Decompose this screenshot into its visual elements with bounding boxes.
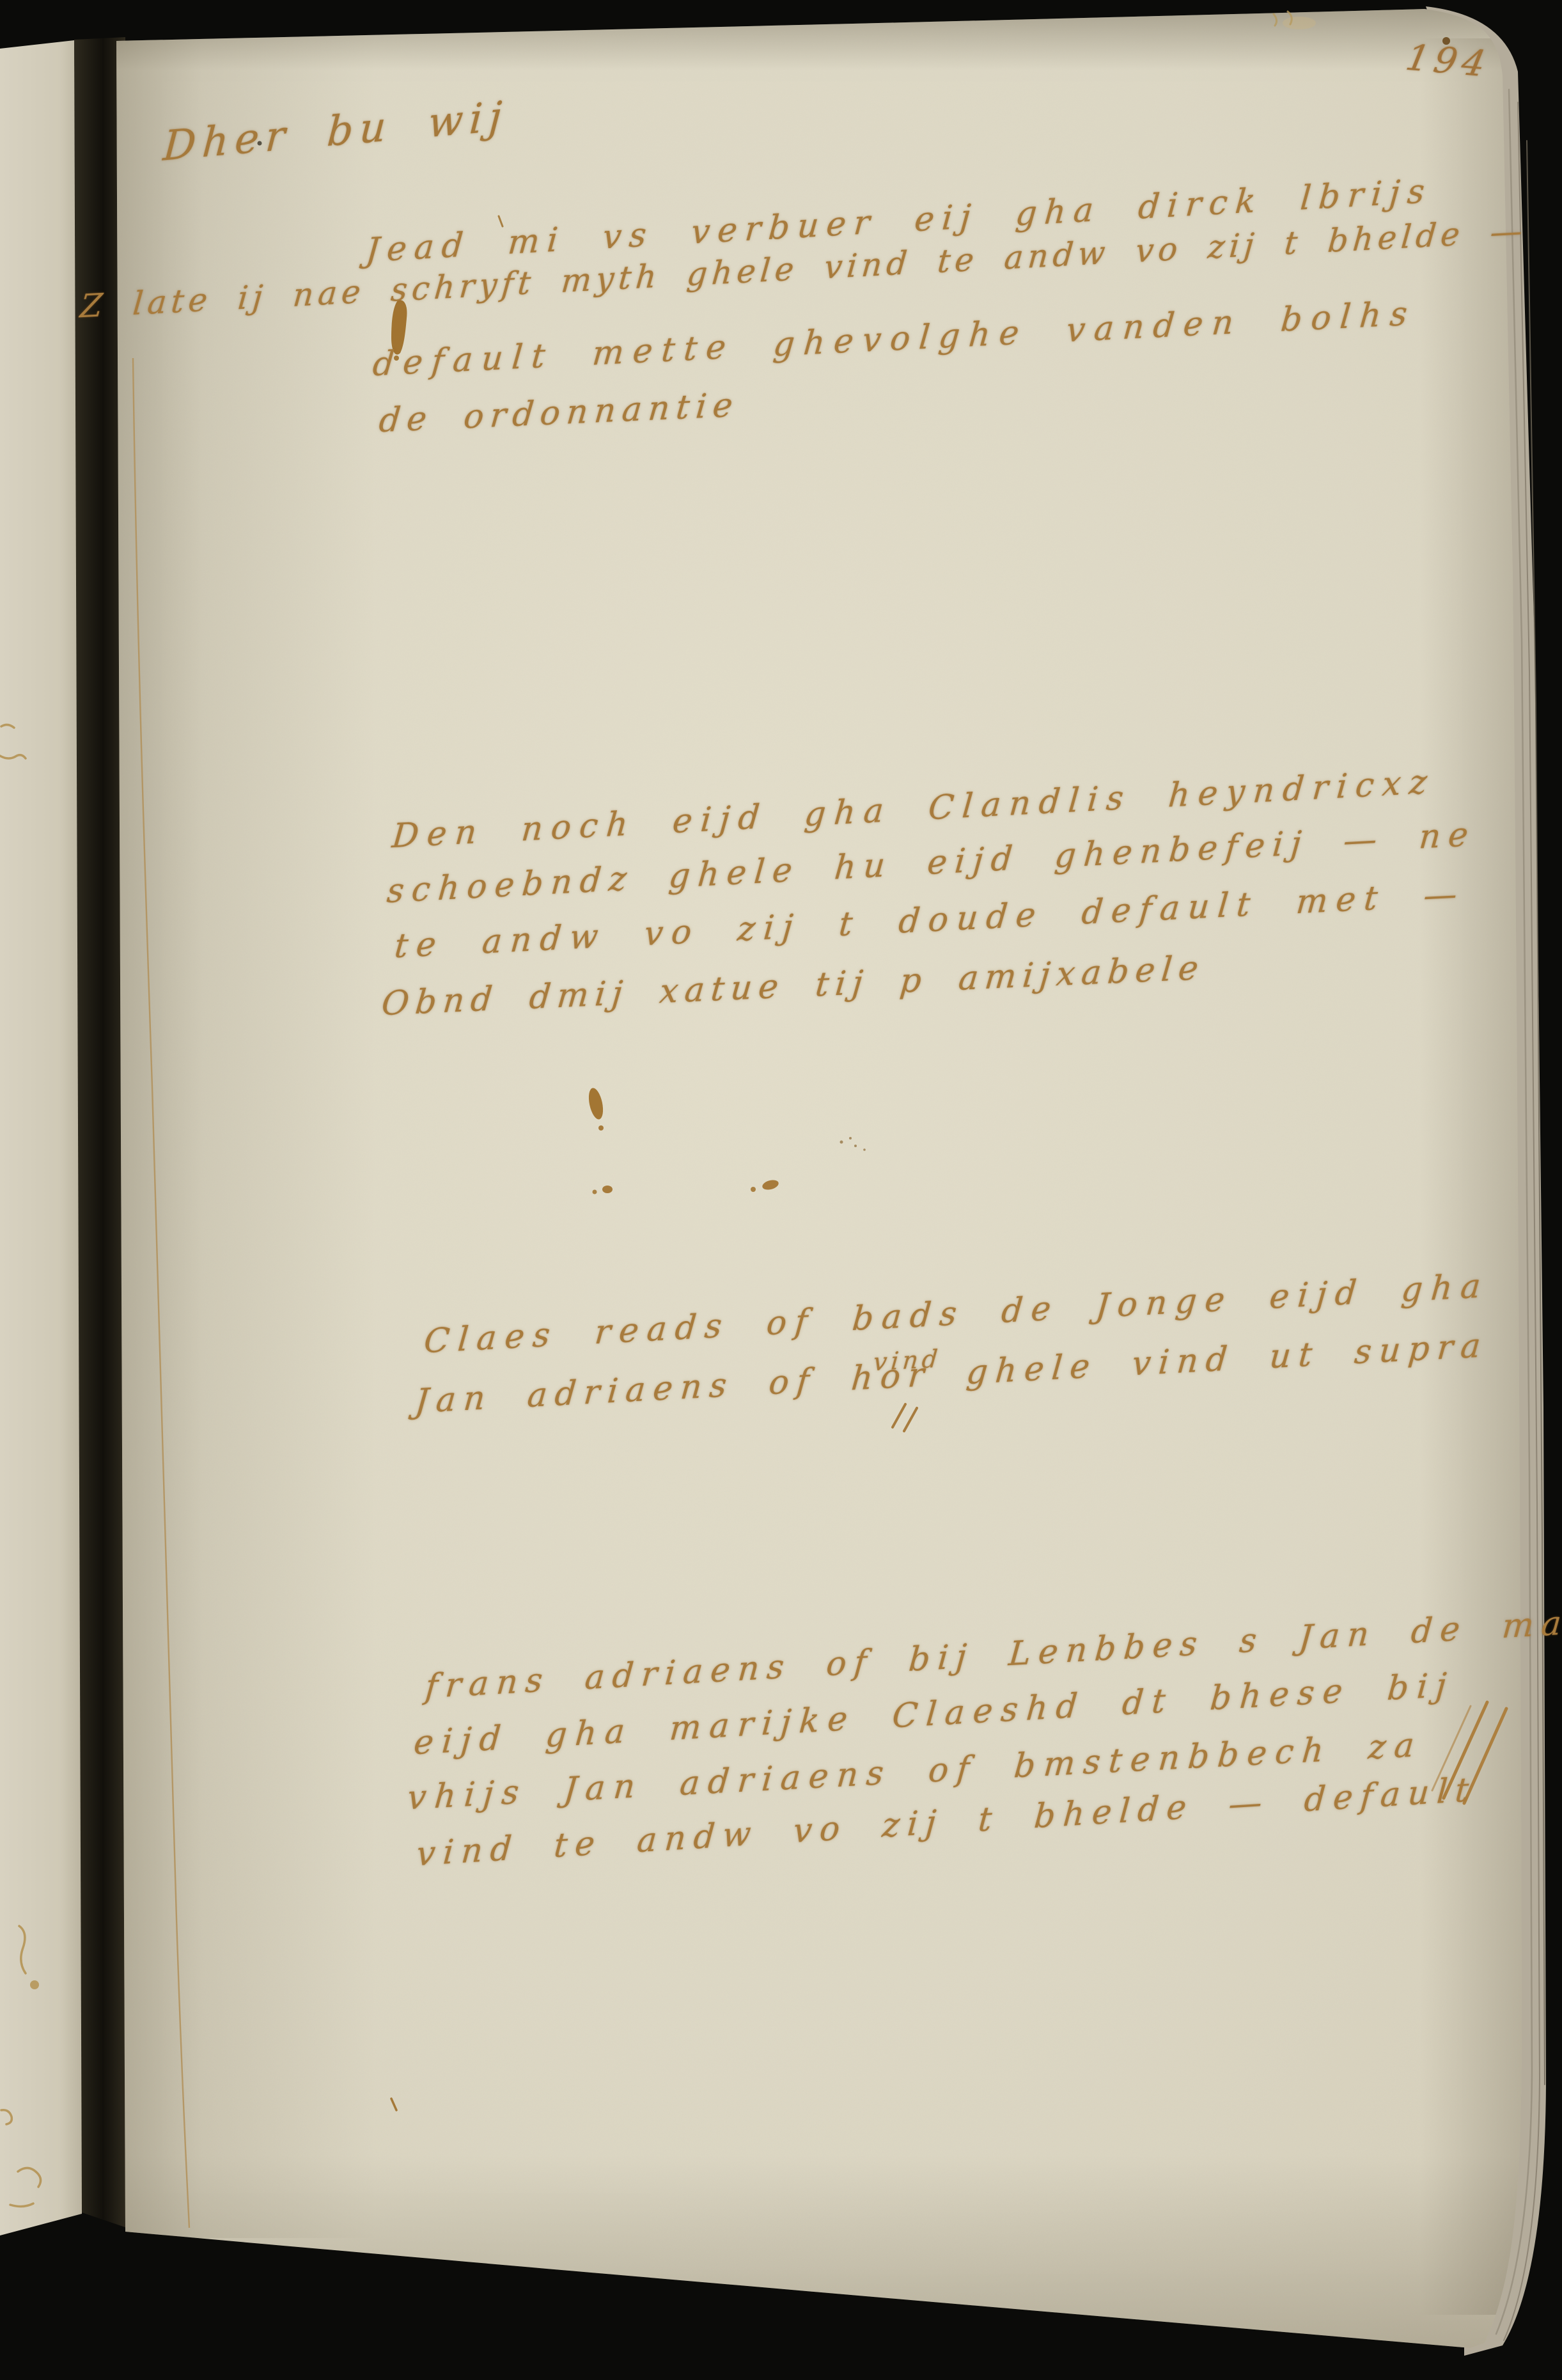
facing-page-sliver	[0, 40, 86, 2235]
insertion-word: vind	[872, 1344, 942, 1376]
manuscript-photo: Dher bu wij 194 Jead mi vs verbuer eij g…	[0, 0, 1562, 2380]
ink-fragment	[30, 1980, 39, 1989]
folio-number: 194	[1403, 37, 1494, 86]
